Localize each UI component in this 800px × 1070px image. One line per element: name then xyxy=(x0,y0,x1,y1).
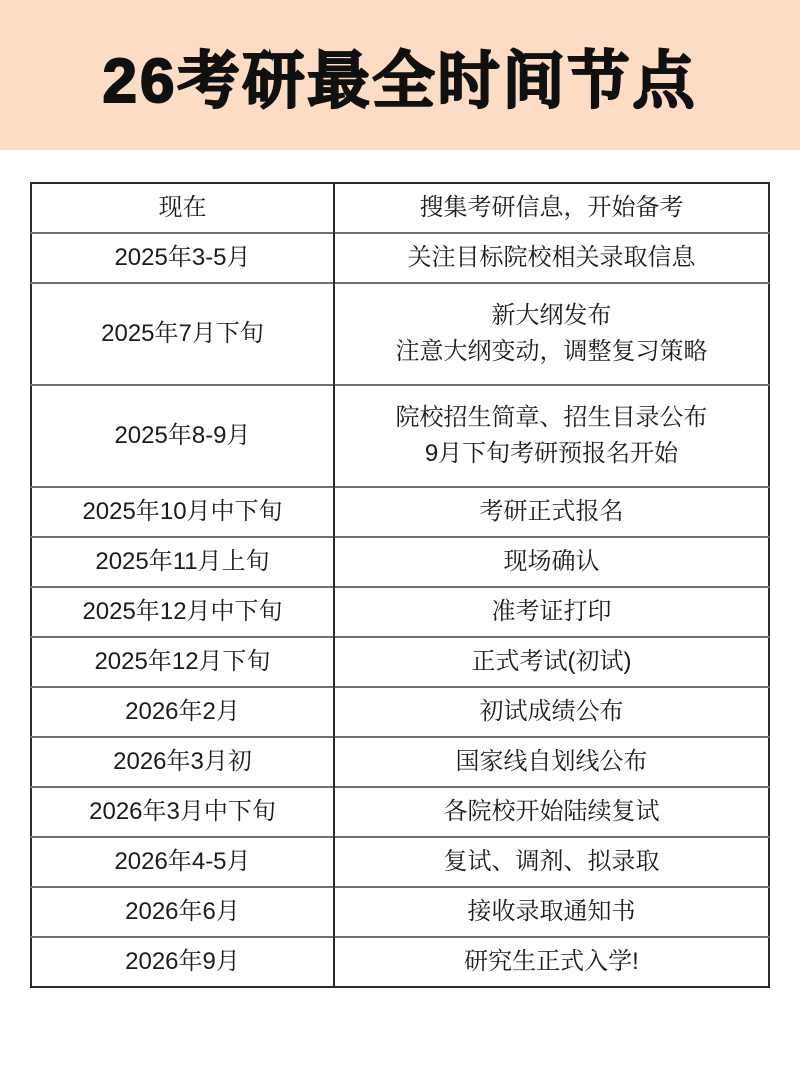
date-cell: 2025年7月下旬 xyxy=(31,283,334,385)
event-cell: 搜集考研信息，开始备考 xyxy=(334,183,769,233)
date-cell: 2026年2月 xyxy=(31,687,334,737)
event-cell: 考研正式报名 xyxy=(334,487,769,537)
timeline-row: 现在 搜集考研信息，开始备考 xyxy=(31,183,769,233)
event-cell: 新大纲发布 注意大纲变动，调整复习策略 xyxy=(334,283,769,385)
header-banner: 26考研最全时间节点 xyxy=(0,0,800,150)
timeline-row: 2025年12月下旬 正式考试(初试) xyxy=(31,637,769,687)
timeline-row: 2025年3-5月 关注目标院校相关录取信息 xyxy=(31,233,769,283)
date-cell: 2026年9月 xyxy=(31,937,334,987)
timeline-row: 2025年7月下旬 新大纲发布 注意大纲变动，调整复习策略 xyxy=(31,283,769,385)
timeline-row: 2025年12月中下旬 准考证打印 xyxy=(31,587,769,637)
date-cell: 2025年11月上旬 xyxy=(31,537,334,587)
date-cell: 2025年10月中下旬 xyxy=(31,487,334,537)
event-cell: 各院校开始陆续复试 xyxy=(334,787,769,837)
timeline-row: 2026年3月中下旬 各院校开始陆续复试 xyxy=(31,787,769,837)
timeline-row: 2025年11月上旬 现场确认 xyxy=(31,537,769,587)
timeline-row: 2026年2月 初试成绩公布 xyxy=(31,687,769,737)
date-cell: 2026年4-5月 xyxy=(31,837,334,887)
date-cell: 2025年3-5月 xyxy=(31,233,334,283)
date-cell: 2025年12月中下旬 xyxy=(31,587,334,637)
event-cell: 准考证打印 xyxy=(334,587,769,637)
event-cell: 复试、调剂、拟录取 xyxy=(334,837,769,887)
event-cell: 初试成绩公布 xyxy=(334,687,769,737)
date-cell: 2025年8-9月 xyxy=(31,385,334,487)
event-cell: 关注目标院校相关录取信息 xyxy=(334,233,769,283)
date-cell: 2026年3月初 xyxy=(31,737,334,787)
timeline-row: 2025年10月中下旬 考研正式报名 xyxy=(31,487,769,537)
event-cell: 接收录取通知书 xyxy=(334,887,769,937)
timeline-row: 2025年8-9月 院校招生简章、招生目录公布 9月下旬考研预报名开始 xyxy=(31,385,769,487)
event-cell: 研究生正式入学! xyxy=(334,937,769,987)
date-cell: 现在 xyxy=(31,183,334,233)
date-cell: 2026年6月 xyxy=(31,887,334,937)
event-cell: 院校招生简章、招生目录公布 9月下旬考研预报名开始 xyxy=(334,385,769,487)
event-cell: 国家线自划线公布 xyxy=(334,737,769,787)
timeline-row: 2026年4-5月 复试、调剂、拟录取 xyxy=(31,837,769,887)
date-cell: 2025年12月下旬 xyxy=(31,637,334,687)
event-cell: 正式考试(初试) xyxy=(334,637,769,687)
poster-title: 26考研最全时间节点 xyxy=(103,31,698,120)
date-cell: 2026年3月中下旬 xyxy=(31,787,334,837)
timeline-row: 2026年9月 研究生正式入学! xyxy=(31,937,769,987)
timeline-row: 2026年3月初 国家线自划线公布 xyxy=(31,737,769,787)
timeline-table: 现在 搜集考研信息，开始备考 2025年3-5月 关注目标院校相关录取信息 20… xyxy=(30,182,770,988)
event-cell: 现场确认 xyxy=(334,537,769,587)
timeline-row: 2026年6月 接收录取通知书 xyxy=(31,887,769,937)
poster-canvas: 26考研最全时间节点 现在 搜集考研信息，开始备考 2025年3-5月 关注目标… xyxy=(0,0,800,1070)
